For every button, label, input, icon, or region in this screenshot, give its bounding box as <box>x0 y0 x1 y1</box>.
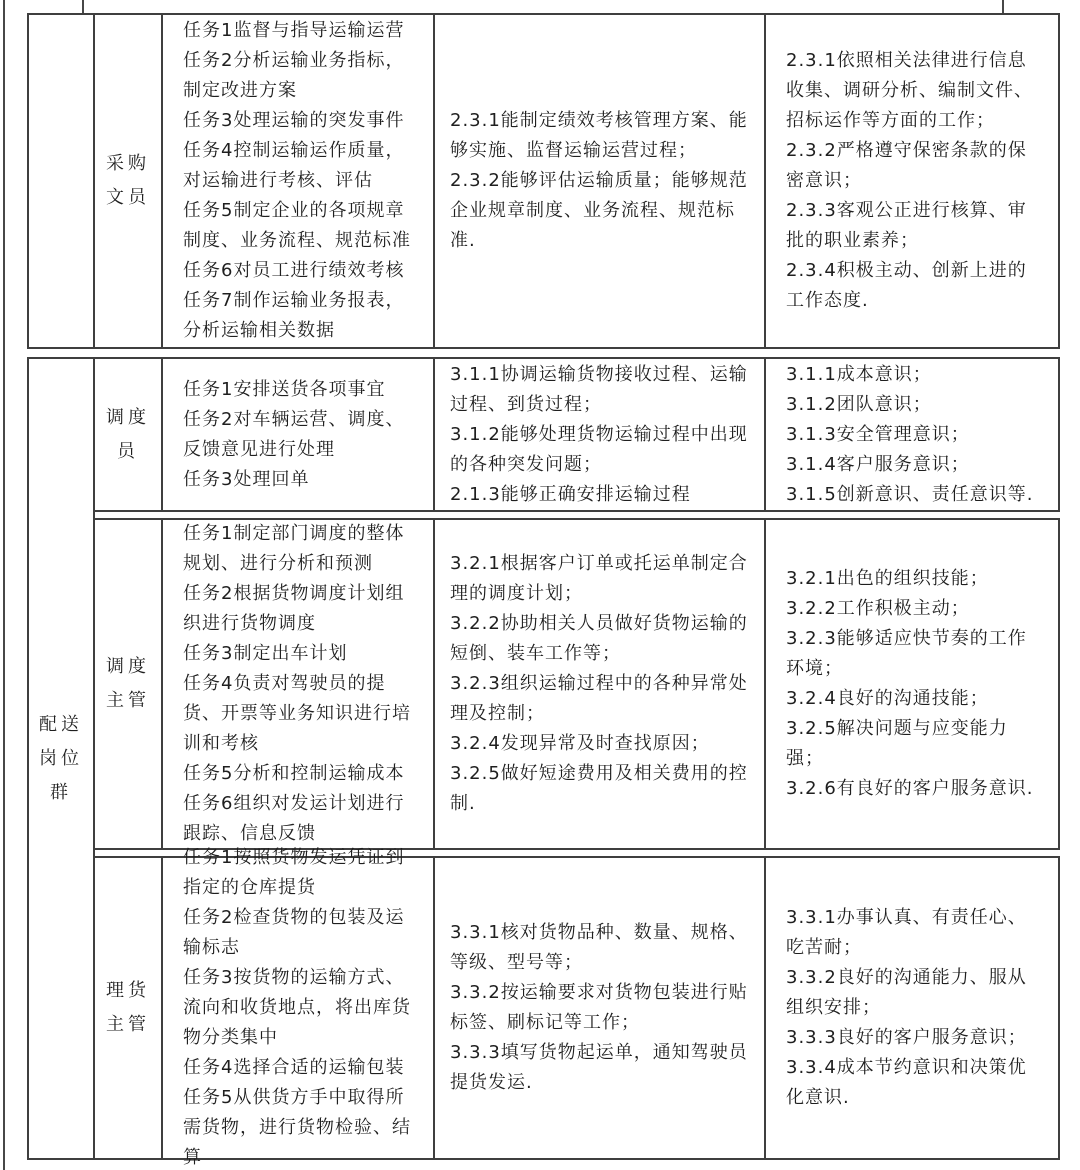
text-line: 任务4负责对驾驶员的提货、开票等业务知识进行培训和考核 <box>183 669 423 759</box>
text-line: 2.3.4积极主动、创新上进的工作态度. <box>786 256 1038 316</box>
text-line: 3.3.2按运输要求对货物包装进行贴标签、刷标记等工作； <box>450 978 756 1038</box>
tasks-cell: 任务1监督与指导运输运营任务2分析运输业务指标，制定改进方案任务3处理运输的突发… <box>163 15 435 347</box>
text-line: 3.3.1办事认真、有责任心、吃苦耐； <box>786 903 1038 963</box>
text-line: 3.1.5创新意识、责任意识等. <box>786 480 1038 510</box>
text-line: 3.1.1成本意识； <box>786 360 1038 390</box>
text-line: 2.3.2能够评估运输质量；能够规范企业规章制度、业务流程、规范标准. <box>450 166 756 256</box>
text-line: 任务7制作运输业务报表，分析运输相关数据 <box>183 286 423 346</box>
text-line: 任务3处理运输的突发事件 <box>183 106 423 136</box>
text-line: 3.3.2良好的沟通能力、服从组织安排； <box>786 963 1038 1023</box>
text-line: 3.2.5解决问题与应变能力强； <box>786 714 1038 774</box>
text-line: 任务5制定企业的各项规章制度、业务流程、规范标准 <box>183 196 423 256</box>
group-cell-distribution: 配送岗位群 <box>27 357 95 1160</box>
qualities-cell: 2.3.1依照相关法律进行信息收集、调研分析、编制文件、招标运作等方面的工作；2… <box>766 15 1058 347</box>
text-line: 2.3.3客观公正进行核算、审批的职业素养； <box>786 196 1038 256</box>
text-line: 2.3.2严格遵守保密条款的保密意识； <box>786 136 1038 196</box>
text-line: 任务6对员工进行绩效考核 <box>183 256 423 286</box>
skills-cell: 2.3.1能制定绩效考核管理方案、能够实施、监督运输运营过程；2.3.2能够评估… <box>435 15 766 347</box>
text-line: 3.3.3良好的客户服务意识； <box>786 1023 1038 1053</box>
text-line: 任务5分析和控制运输成本 <box>183 759 423 789</box>
text-line: 任务2根据货物调度计划组织进行货物调度 <box>183 579 423 639</box>
qualities-cell: 3.2.1出色的组织技能；3.2.2工作积极主动；3.2.3能够适应快节奏的工作… <box>766 520 1058 848</box>
text-line: 任务1制定部门调度的整体规划、进行分析和预测 <box>183 519 423 579</box>
table-row-purchasing-clerk: 采购文员 任务1监督与指导运输运营任务2分析运输业务指标，制定改进方案任务3处理… <box>27 13 1060 349</box>
text-line: 3.1.2能够处理货物运输过程中出现的各种突发问题； <box>450 420 756 480</box>
position-label: 调度主管 <box>103 650 153 718</box>
tasks-cell: 任务1按照货物发运凭证到指定的仓库提货任务2检查货物的包装及运输标志任务3按货物… <box>163 858 435 1158</box>
text-line: 任务5从供货方手中取得所需货物，进行货物检验、结算 <box>183 1083 423 1170</box>
table-row-tally-supervisor: 理货主管 任务1按照货物发运凭证到指定的仓库提货任务2检查货物的包装及运输标志任… <box>93 856 1060 1160</box>
page-left-border-line <box>3 0 5 1170</box>
qualities-cell: 3.3.1办事认真、有责任心、吃苦耐；3.3.2良好的沟通能力、服从组织安排；3… <box>766 858 1058 1158</box>
position-label: 调度员 <box>103 401 153 469</box>
position-cell: 调度主管 <box>95 520 163 848</box>
text-line: 3.3.4成本节约意识和决策优化意识. <box>786 1053 1038 1113</box>
text-line: 2.3.1依照相关法律进行信息收集、调研分析、编制文件、招标运作等方面的工作； <box>786 46 1038 136</box>
position-cell: 采购文员 <box>95 15 163 347</box>
text-line: 任务2检查货物的包装及运输标志 <box>183 903 423 963</box>
qualities-cell: 3.1.1成本意识；3.1.2团队意识；3.1.3安全管理意识；3.1.4客户服… <box>766 359 1058 510</box>
table-row-dispatcher: 调度员 任务1安排送货各项事宜任务2对车辆运营、调度、反馈意见进行处理任务3处理… <box>93 357 1060 512</box>
tasks-cell: 任务1制定部门调度的整体规划、进行分析和预测任务2根据货物调度计划组织进行货物调… <box>163 520 435 848</box>
text-line: 3.2.1出色的组织技能； <box>786 564 1038 594</box>
text-line: 任务3处理回单 <box>183 465 423 495</box>
text-line: 3.2.3能够适应快节奏的工作环境； <box>786 624 1038 684</box>
text-line: 3.2.4发现异常及时查找原因； <box>450 729 756 759</box>
text-line: 3.1.2团队意识； <box>786 390 1038 420</box>
skills-cell: 3.2.1根据客户订单或托运单制定合理的调度计划；3.2.2协助相关人员做好货物… <box>435 520 766 848</box>
text-line: 任务2分析运输业务指标，制定改进方案 <box>183 46 423 106</box>
position-label: 采购文员 <box>103 147 153 215</box>
text-line: 任务3制定出车计划 <box>183 639 423 669</box>
text-line: 3.1.4客户服务意识； <box>786 450 1038 480</box>
text-line: 3.2.2工作积极主动； <box>786 594 1038 624</box>
skills-cell: 3.3.1核对货物品种、数量、规格、等级、型号等；3.3.2按运输要求对货物包装… <box>435 858 766 1158</box>
text-line: 3.3.1核对货物品种、数量、规格、等级、型号等； <box>450 918 756 978</box>
text-line: 任务4选择合适的运输包装 <box>183 1053 423 1083</box>
text-line: 2.1.3能够正确安排运输过程 <box>450 480 756 510</box>
text-line: 3.2.6有良好的客户服务意识. <box>786 774 1038 804</box>
text-line: 任务1安排送货各项事宜 <box>183 375 423 405</box>
text-line: 3.1.1协调运输货物接收过程、运输过程、到货过程； <box>450 360 756 420</box>
text-line: 3.3.3填写货物起运单，通知驾驶员提货发运. <box>450 1038 756 1098</box>
text-line: 任务6组织对发运计划进行跟踪、信息反馈 <box>183 789 423 849</box>
text-line: 任务4控制运输运作质量，对运输进行考核、评估 <box>183 136 423 196</box>
text-line: 任务1按照货物发运凭证到指定的仓库提货 <box>183 843 423 903</box>
skills-cell: 3.1.1协调运输货物接收过程、运输过程、到货过程；3.1.2能够处理货物运输过… <box>435 359 766 510</box>
text-line: 3.2.5做好短途费用及相关费用的控制. <box>450 759 756 819</box>
group-label: 配送岗位群 <box>36 708 86 810</box>
text-line: 2.3.1能制定绩效考核管理方案、能够实施、监督运输运营过程； <box>450 106 756 166</box>
position-cell: 理货主管 <box>95 858 163 1158</box>
position-cell: 调度员 <box>95 359 163 510</box>
text-line: 3.2.3组织运输过程中的各种异常处理及控制； <box>450 669 756 729</box>
table-row-dispatch-supervisor: 调度主管 任务1制定部门调度的整体规划、进行分析和预测任务2根据货物调度计划组织… <box>93 518 1060 850</box>
text-line: 任务3按货物的运输方式、流向和收货地点，将出库货物分类集中 <box>183 963 423 1053</box>
text-line: 3.2.1根据客户订单或托运单制定合理的调度计划； <box>450 549 756 609</box>
text-line: 任务2对车辆运营、调度、反馈意见进行处理 <box>183 405 423 465</box>
text-line: 3.2.2协助相关人员做好货物运输的短倒、装车工作等； <box>450 609 756 669</box>
text-line: 3.1.3安全管理意识； <box>786 420 1038 450</box>
text-line: 任务1监督与指导运输运营 <box>183 16 423 46</box>
position-label: 理货主管 <box>103 974 153 1042</box>
tasks-cell: 任务1安排送货各项事宜任务2对车辆运营、调度、反馈意见进行处理任务3处理回单 <box>163 359 435 510</box>
text-line: 3.2.4良好的沟通技能； <box>786 684 1038 714</box>
group-cell-empty <box>29 15 95 347</box>
